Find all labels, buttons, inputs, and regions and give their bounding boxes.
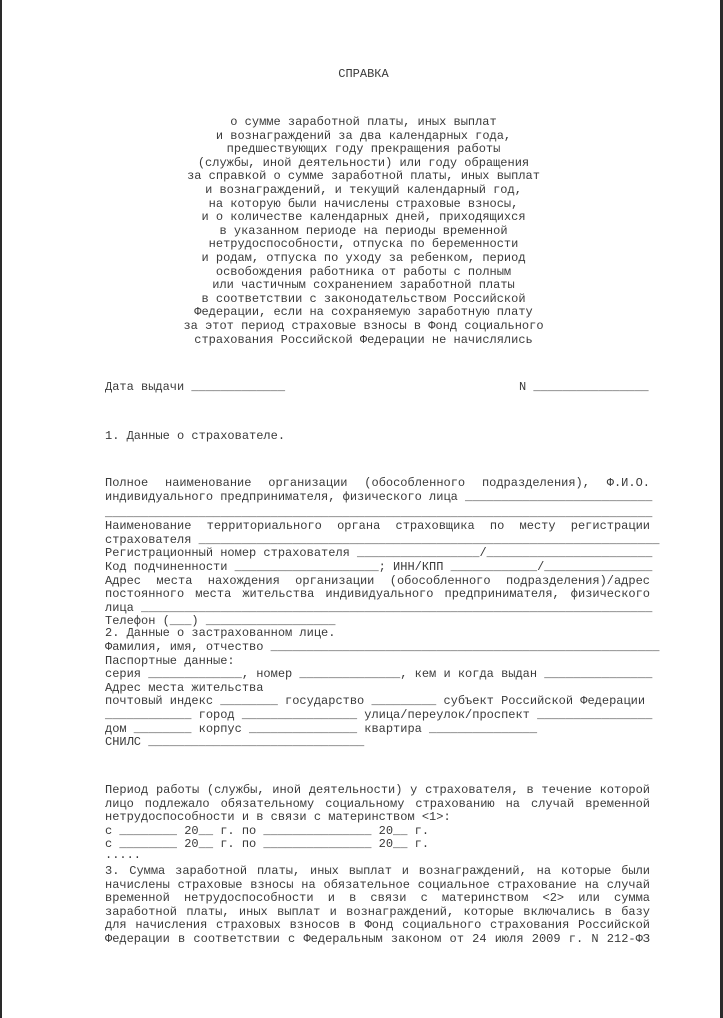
section3-line: временной нетрудоспособности и в связи с…	[105, 892, 650, 906]
subtitle-line: в указанном периоде на периоды временной	[2, 225, 723, 239]
form-field-line[interactable]: лица ___________________________________…	[105, 602, 652, 616]
form-field-line[interactable]: дом ________ корпус _______________ квар…	[105, 723, 537, 737]
form-field-line[interactable]: серия _____________, номер _____________…	[105, 668, 652, 682]
subtitle-line: на которую были начислены страховые взно…	[2, 198, 723, 212]
subtitle-line: освобождения работника от работы с полны…	[2, 266, 723, 280]
form-field-line[interactable]: ____________ город ________________ улиц…	[105, 709, 652, 723]
section3-line: Федерации в соответствии с Федеральным з…	[105, 933, 650, 947]
document-page: СПРАВКА о сумме заработной платы, иных в…	[0, 0, 723, 1018]
period-row[interactable]: с ________ 20__ г. по _______________ 20…	[105, 825, 429, 839]
subtitle-line: страхования Российской Федерации не начи…	[2, 334, 723, 348]
section1-title: 1. Данные о страхователе.	[105, 430, 285, 444]
subtitle-line: Федерации, если на сохраняемую заработну…	[2, 306, 723, 320]
form-field-line[interactable]: почтовый индекс ________ государство ___…	[105, 695, 645, 709]
section3-line: 3. Сумма заработной платы, иных выплат и…	[105, 865, 650, 879]
subtitle-line: или частичным сохранением заработной пла…	[2, 279, 723, 293]
subtitle-line: за этот период страховые взносы в Фонд с…	[2, 320, 723, 334]
text-line: лицо подлежало обязательному социальному…	[105, 798, 650, 812]
form-field-line[interactable]: страхователя ___________________________…	[105, 534, 660, 548]
text-line: Полное наименование организации (обособл…	[105, 477, 650, 491]
subtitle-line: и родам, отпуска по уходу за ребенком, п…	[2, 252, 723, 266]
subtitle-line: и вознаграждений за два календарных года…	[2, 130, 723, 144]
text-line: Адрес места нахождения организации (обос…	[105, 575, 650, 589]
text-line: Период работы (службы, иной деятельности…	[105, 784, 650, 798]
section3-line: заработной платы, иных выплат и вознагра…	[105, 906, 650, 920]
form-field-line[interactable]: индивидуального предпринимателя, физичес…	[105, 491, 652, 505]
period-row[interactable]: с ________ 20__ г. по _______________ 20…	[105, 838, 429, 852]
section2-title: 2. Данные о застрахованном лице.	[105, 627, 335, 641]
form-field-line[interactable]: ________________________________________…	[105, 507, 652, 521]
text-line: нетрудоспособности и в связи с материнст…	[105, 811, 451, 825]
subtitle-line: за справкой о сумме заработной платы, ин…	[2, 170, 723, 184]
subtitle-line: и вознаграждений, и текущий календарный …	[2, 184, 723, 198]
text-line: Паспортные данные:	[105, 655, 235, 669]
text-line: постоянного места жительства индивидуаль…	[105, 588, 650, 602]
subtitle-line: и о количестве календарных дней, приходя…	[2, 211, 723, 225]
document-title: СПРАВКА	[2, 68, 723, 82]
section3-line: для начисления страховых взносов в Фонд …	[105, 919, 650, 933]
subtitle-line: (службы, иной деятельности) или году обр…	[2, 157, 723, 171]
form-field-line[interactable]: Код подчиненности ____________________; …	[105, 561, 652, 575]
section3-line: начислены страховые взносы на обязательн…	[105, 879, 650, 893]
text-line: Адрес места жительства	[105, 682, 263, 696]
form-field-line[interactable]: СНИЛС ______________________________	[105, 736, 364, 750]
subtitle-line: нетрудоспособности, отпуска по беременно…	[2, 238, 723, 252]
document-number-field[interactable]: N ________________	[519, 381, 649, 395]
subtitle-line: предшествующих году прекращения работы	[2, 143, 723, 157]
text-line: Наименование территориального органа стр…	[105, 520, 650, 534]
form-field-line[interactable]: Регистрационный номер страхователя _____…	[105, 547, 652, 561]
ellipsis: .....	[105, 849, 141, 863]
issue-date-field[interactable]: Дата выдачи _____________	[105, 381, 285, 395]
subtitle-line: в соответствии с законодательством Росси…	[2, 293, 723, 307]
subtitle-line: о сумме заработной платы, иных выплат	[2, 116, 723, 130]
form-field-line[interactable]: Фамилия, имя, отчество _________________…	[105, 641, 660, 655]
